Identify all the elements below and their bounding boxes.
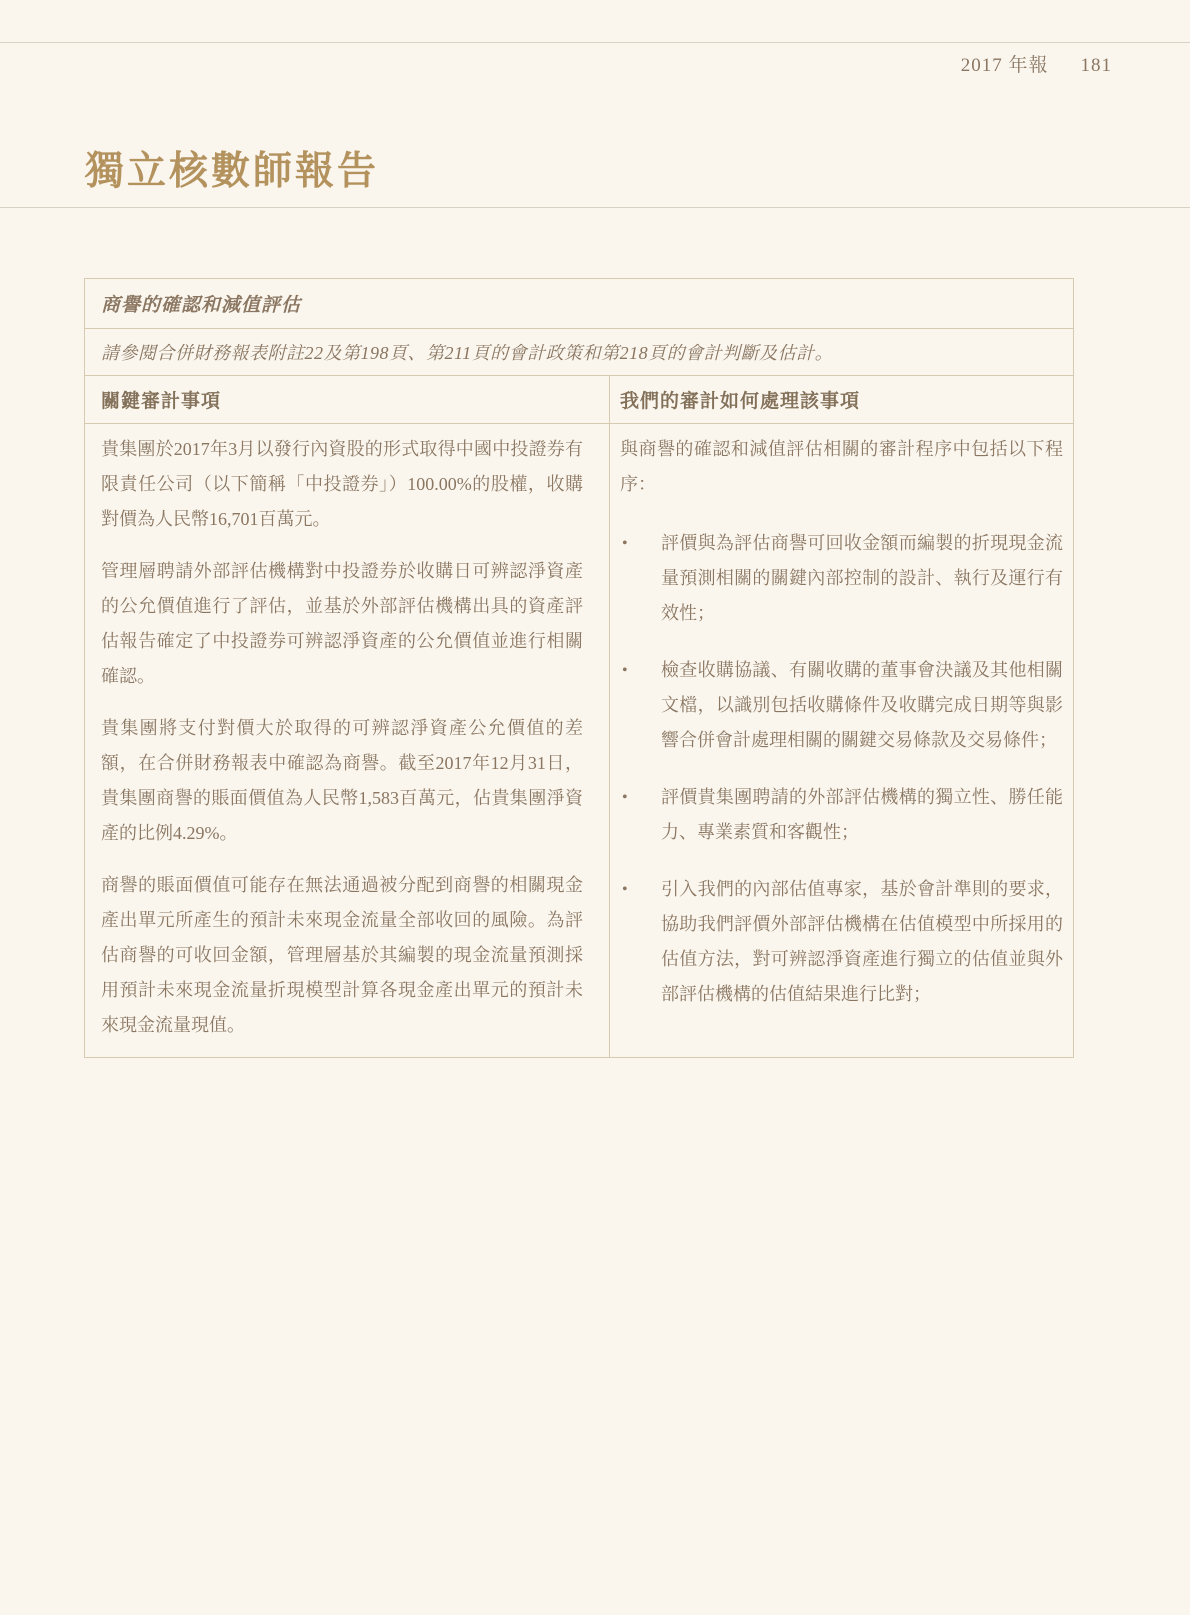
- response-intro: 與商譽的確認和減值評估相關的審計程序中包括以下程序：: [620, 432, 1063, 502]
- section-title: 商譽的確認和減值評估: [85, 279, 1074, 329]
- column-header-key-audit-matter: 關鍵審計事項: [85, 376, 610, 424]
- table-row: 商譽的確認和減值評估: [85, 279, 1074, 329]
- report-title: 2017 年報: [961, 50, 1049, 77]
- audit-response-cell: 與商譽的確認和減值評估相關的審計程序中包括以下程序： • 評價與為評估商譽可回收…: [610, 424, 1074, 1058]
- column-header-audit-response: 我們的審計如何處理該事項: [610, 376, 1074, 424]
- table-header-row: 關鍵審計事項 我們的審計如何處理該事項: [85, 376, 1074, 424]
- page-number: 181: [1081, 55, 1113, 77]
- title-rule-divider: [0, 207, 1190, 208]
- list-item: • 引入我們的內部估值專家，基於會計準則的要求，協助我們評價外部評估機構在估值模…: [620, 872, 1063, 1012]
- matter-paragraph: 貴集團將支付對價大於取得的可辨認淨資產公允價值的差額，在合併財務報表中確認為商譽…: [101, 711, 583, 851]
- table-content-row: 貴集團於2017年3月以發行內資股的形式取得中國中投證券有限責任公司（以下簡稱「…: [85, 424, 1074, 1058]
- key-audit-matter-cell: 貴集團於2017年3月以發行內資股的形式取得中國中投證券有限責任公司（以下簡稱「…: [85, 424, 610, 1058]
- list-item: • 評價與為評估商譽可回收金額而編製的折現現金流量預測相關的關鍵內部控制的設計、…: [620, 526, 1063, 631]
- matter-paragraph: 貴集團於2017年3月以發行內資股的形式取得中國中投證券有限責任公司（以下簡稱「…: [101, 432, 583, 537]
- matter-paragraph: 管理層聘請外部評估機構對中投證券於收購日可辨認淨資產的公允價值進行了評估，並基於…: [101, 554, 583, 694]
- page-title: 獨立核數師報告: [85, 140, 379, 196]
- page-header: 2017 年報 181: [961, 50, 1112, 77]
- matter-paragraph: 商譽的賬面價值可能存在無法通過被分配到商譽的相關現金產出單元所產生的預計未來現金…: [101, 868, 583, 1043]
- bullet-icon: •: [620, 780, 661, 850]
- response-bullet-text: 引入我們的內部估值專家，基於會計準則的要求，協助我們評價外部評估機構在估值模型中…: [661, 872, 1063, 1012]
- response-bullet-text: 評價與為評估商譽可回收金額而編製的折現現金流量預測相關的關鍵內部控制的設計、執行…: [661, 526, 1063, 631]
- list-item: • 檢查收購協議、有關收購的董事會決議及其他相關文檔，以識別包括收購條件及收購完…: [620, 653, 1063, 758]
- list-item: • 評價貴集團聘請的外部評估機構的獨立性、勝任能力、專業素質和客觀性；: [620, 780, 1063, 850]
- table-row: 請參閱合併財務報表附註22及第198頁、第211頁的會計政策和第218頁的會計判…: [85, 329, 1074, 376]
- reference-note: 請參閱合併財務報表附註22及第198頁、第211頁的會計政策和第218頁的會計判…: [85, 329, 1074, 376]
- response-bullet-text: 檢查收購協議、有關收購的董事會決議及其他相關文檔，以識別包括收購條件及收購完成日…: [661, 653, 1063, 758]
- bullet-icon: •: [620, 653, 661, 758]
- key-audit-matter-table: 商譽的確認和減值評估 請參閱合併財務報表附註22及第198頁、第211頁的會計政…: [84, 278, 1074, 1058]
- top-rule-divider: [0, 42, 1190, 43]
- bullet-icon: •: [620, 526, 661, 631]
- bullet-icon: •: [620, 872, 661, 1012]
- response-bullet-text: 評價貴集團聘請的外部評估機構的獨立性、勝任能力、專業素質和客觀性；: [661, 780, 1063, 850]
